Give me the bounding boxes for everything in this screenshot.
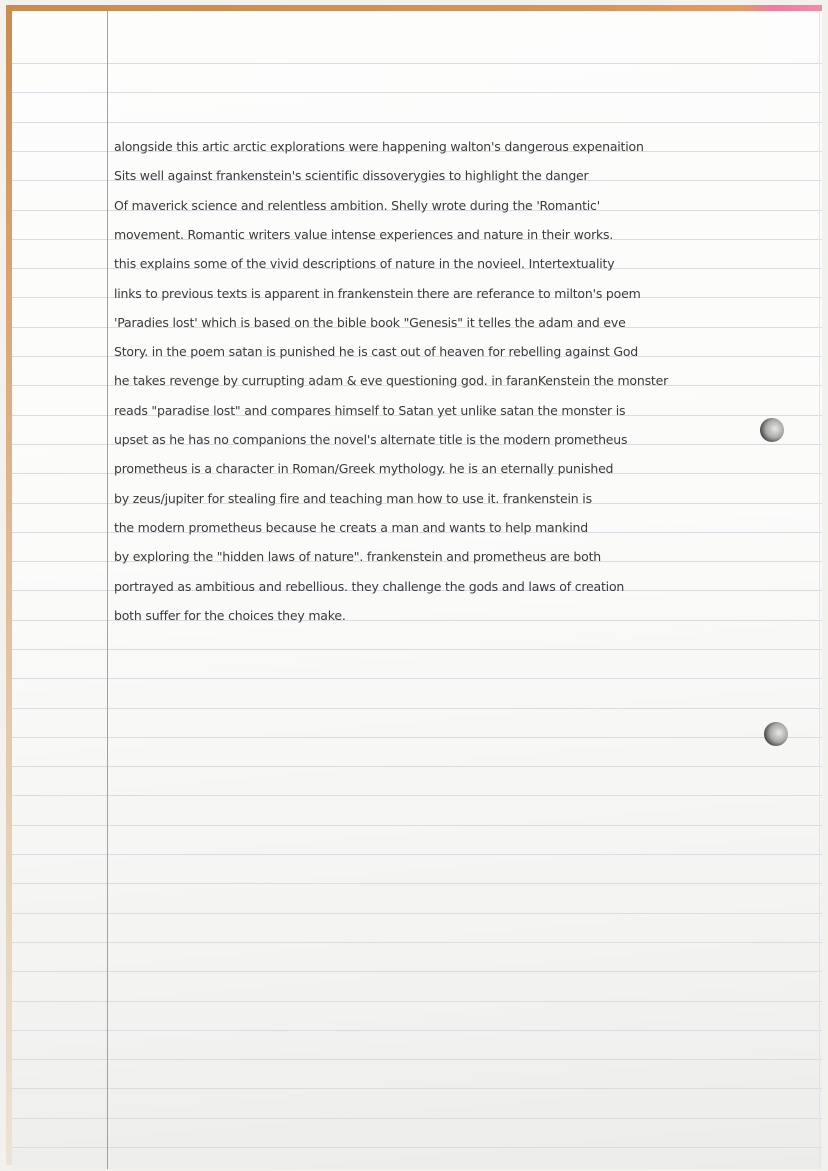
photo-scene: alongside this artic arctic explorations…	[0, 0, 828, 1171]
ruled-line	[12, 795, 822, 796]
text-line: he takes revenge by currupting adam & ev…	[114, 373, 668, 388]
ruled-line	[12, 678, 822, 679]
text-line: Sits well against frankenstein's scienti…	[114, 168, 589, 183]
text-line: alongside this artic arctic explorations…	[114, 139, 644, 154]
text-line: this explains some of the vivid descript…	[114, 256, 614, 271]
ruled-line	[12, 971, 822, 972]
text-line: the modern prometheus because he creats …	[114, 520, 588, 535]
ruled-line	[12, 854, 822, 855]
ruled-line	[12, 1147, 822, 1148]
ruled-line	[12, 766, 822, 767]
text-line: Story. in the poem satan is punished he …	[114, 344, 638, 359]
ruled-line	[12, 1030, 822, 1031]
text-line: by exploring the "hidden laws of nature"…	[114, 549, 601, 564]
ruled-line	[12, 942, 822, 943]
ruled-line	[12, 883, 822, 884]
text-line: prometheus is a character in Roman/Greek…	[114, 461, 613, 476]
ruled-line	[12, 1088, 822, 1089]
margin-line	[107, 11, 108, 1169]
ruled-line	[12, 122, 822, 123]
text-line: by zeus/jupiter for stealing fire and te…	[114, 491, 592, 506]
ruled-line	[12, 63, 822, 64]
punch-hole-icon	[760, 418, 784, 442]
text-line: portrayed as ambitious and rebellious. t…	[114, 579, 624, 594]
lined-paper-page: alongside this artic arctic explorations…	[12, 11, 822, 1169]
text-line: Of maverick science and relentless ambit…	[114, 198, 600, 213]
ruled-line	[12, 92, 822, 93]
ruled-line	[12, 825, 822, 826]
ruled-line	[12, 913, 822, 914]
text-line: reads "paradise lost" and compares himse…	[114, 403, 625, 418]
text-line: upset as he has no companions the novel'…	[114, 432, 627, 447]
punch-hole-icon	[764, 722, 788, 746]
ruled-line	[12, 1059, 822, 1060]
ruled-line	[12, 649, 822, 650]
ruled-line	[12, 1118, 822, 1119]
right-edge-line	[819, 11, 820, 1169]
text-line: 'Paradies lost' which is based on the bi…	[114, 315, 626, 330]
ruled-line	[12, 1001, 822, 1002]
ruled-line	[12, 737, 822, 738]
text-line: movement. Romantic writers value intense…	[114, 227, 613, 242]
text-line: both suffer for the choices they make.	[114, 608, 346, 623]
ruled-line	[12, 708, 822, 709]
text-line: links to previous texts is apparent in f…	[114, 286, 641, 301]
